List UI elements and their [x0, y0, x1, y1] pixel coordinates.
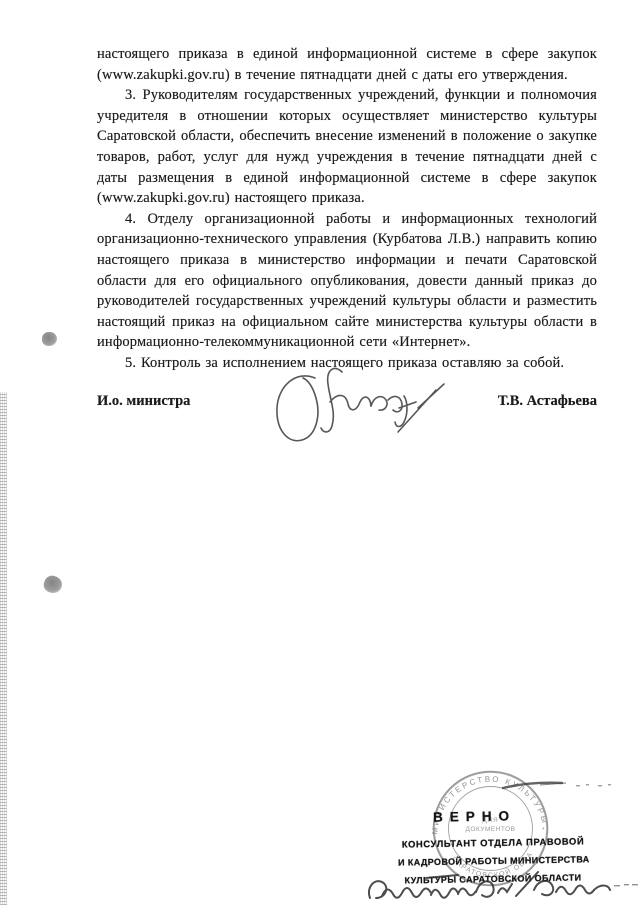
- certifier-handwritten-signature: [366, 868, 640, 905]
- pen-strike-mark: [500, 775, 635, 795]
- stamp-inner-text-2: ДОКУМЕНТОВ: [466, 826, 516, 833]
- certification-verno-text: ВЕРНО: [433, 808, 516, 824]
- minister-handwritten-signature: [258, 356, 458, 456]
- scan-speck: [42, 332, 57, 346]
- paragraph-item-3: 3. Руководителям государственных учрежде…: [97, 85, 597, 209]
- stamp-star-right: *: [542, 827, 545, 834]
- scan-edge-noise: [0, 392, 7, 905]
- signer-position-label: И.о. министра: [97, 393, 190, 410]
- signer-name: Т.В. Астафьева: [498, 393, 597, 410]
- stamp-star-left: *: [434, 827, 437, 834]
- paragraph-continuation: настоящего приказа в единой информационн…: [97, 44, 597, 85]
- paragraph-item-4: 4. Отделу организационной работы и инфор…: [97, 209, 597, 353]
- document-body-text: настоящего приказа в единой информационн…: [97, 44, 597, 374]
- scan-speck: [42, 573, 65, 595]
- scanned-document-page: настоящего приказа в единой информационн…: [0, 0, 640, 905]
- certification-line-3: И КАДРОВОЙ РАБОТЫ МИНИСТЕРСТВА: [398, 854, 588, 867]
- certification-line-2: КОНСУЛЬТАНТ ОТДЕЛА ПРАВОВОЙ: [398, 835, 588, 849]
